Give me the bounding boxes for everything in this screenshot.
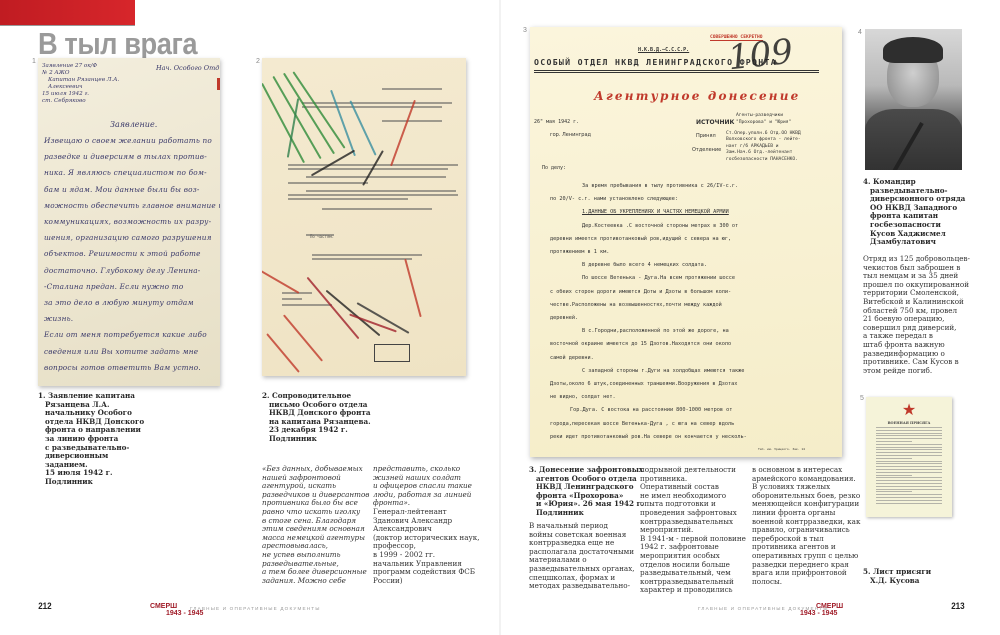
received-line: Ст.Опер.уполн.6 Отд.ОО НКВД bbox=[726, 131, 801, 136]
report-line: протяжением в 1 км. bbox=[550, 249, 609, 255]
handwritten-line: за это дело в любую минуту отдам bbox=[44, 298, 194, 307]
typed-line bbox=[302, 106, 442, 108]
sidebar-line: этом рейде погиб. bbox=[863, 367, 970, 376]
oath-text-line bbox=[876, 458, 912, 459]
figure-number-3: 3 bbox=[523, 27, 527, 34]
typed-line bbox=[282, 304, 332, 306]
typed-line bbox=[312, 254, 422, 256]
hair bbox=[883, 37, 943, 63]
article-line: характер и проводились bbox=[640, 586, 746, 595]
oath-text-line bbox=[876, 449, 942, 450]
handwritten-line: жизнь. bbox=[44, 314, 73, 323]
header-line: Алексеевич bbox=[48, 84, 83, 90]
pen-stroke bbox=[283, 314, 323, 361]
handwritten-line: Извещаю о своем желании работать по bbox=[44, 136, 212, 145]
pen-stroke bbox=[307, 277, 360, 340]
source-line: Агенты-разведчики bbox=[736, 113, 783, 118]
oath-text-line bbox=[876, 469, 942, 470]
oath-text-line bbox=[876, 500, 942, 501]
document-addressee: Нач. Особого Отд. bbox=[156, 64, 220, 72]
figure-number-1: 1 bbox=[32, 58, 36, 65]
caption-line: Подлинник bbox=[262, 435, 371, 444]
caption-line: Подлинник bbox=[38, 478, 144, 487]
quote-column-2: представить, сколькожизней наших солдати… bbox=[373, 465, 479, 585]
footer-brand-right: СМЕРШ 1943 - 1945 bbox=[800, 603, 843, 617]
oath-text-line bbox=[876, 430, 942, 431]
oath-text-line bbox=[876, 494, 942, 495]
oath-text-line bbox=[876, 486, 942, 487]
handwritten-line: ника. Я являюсь специалистом по бом- bbox=[44, 168, 207, 177]
handwritten-registration-number: 109 bbox=[726, 32, 795, 79]
cover-letter-document: По частям. bbox=[262, 58, 466, 376]
article-line: полосы. bbox=[752, 578, 860, 587]
case-label: По делу: bbox=[542, 165, 566, 171]
report-line: не видно, солдат нет. bbox=[550, 394, 616, 400]
quote-line: России) bbox=[373, 577, 479, 586]
source-line: "Прохорова" и "Юрия" bbox=[736, 120, 791, 125]
report-line: с обеих сторон дороги имеются Доты и Дзо… bbox=[550, 289, 731, 295]
typed-line bbox=[282, 298, 302, 300]
pen-stroke bbox=[390, 100, 416, 166]
oath-text-line bbox=[876, 438, 942, 439]
oath-text-line bbox=[876, 444, 942, 445]
source-label: ИСТОЧНИК bbox=[696, 119, 734, 126]
org-header-top: Н.К.В.Д.—С.С.С.Р. bbox=[638, 47, 689, 53]
brand-years: 1943 - 1945 bbox=[800, 610, 843, 617]
quote-column-1: «Без данных, добываемыхнашей зафронтовой… bbox=[262, 465, 370, 585]
report-line: деревни имеется противотанковый ров,идущ… bbox=[550, 236, 731, 242]
agent-report-document: СОВЕРШЕННО СЕКРЕТНО Н.К.В.Д.—С.С.С.Р. ОС… bbox=[530, 27, 842, 457]
oath-text-line bbox=[876, 433, 942, 434]
typed-line bbox=[382, 120, 442, 122]
oath-text-line bbox=[876, 441, 912, 442]
report-line: города,пересекая шоссе Ветенька-Дуга , с… bbox=[550, 421, 734, 427]
quote-line: задания. Можно себе bbox=[262, 577, 370, 586]
commander-portrait-photo bbox=[865, 29, 962, 170]
oath-text-line bbox=[876, 435, 942, 436]
section-title: В тыл врага bbox=[38, 26, 197, 62]
section-color-bar bbox=[0, 0, 135, 25]
handwritten-line: бам и ядам. Мои данные были бы воз- bbox=[44, 185, 200, 194]
handwritten-line: коммуникациях, возможность их разру- bbox=[44, 217, 211, 226]
page-number-left: 212 bbox=[38, 601, 51, 612]
handwritten-line: сведения или Вы хотите задать мне bbox=[44, 347, 198, 356]
handwritten-line: объектов. Решимости к этой работе bbox=[44, 249, 201, 258]
article-column-1: В начальный периодвойны советская военна… bbox=[529, 522, 635, 591]
pen-stroke bbox=[266, 333, 300, 373]
typed-line bbox=[288, 194, 458, 196]
caption-line: Х.Д. Кусова bbox=[863, 577, 931, 586]
military-oath-document: ★ ВОЕННАЯ ПРИСЯГА bbox=[866, 397, 952, 517]
report-line: В деревне было всего 4 немецких солдата. bbox=[582, 262, 707, 268]
report-line: С западной стороны г.Дуги на холдобщах и… bbox=[582, 368, 744, 374]
brand-name: СМЕРШ bbox=[800, 603, 843, 610]
report-line: восточной окраине имеется до 15 Дзотов.Н… bbox=[550, 341, 731, 347]
report-title: Агентурное донесение bbox=[594, 89, 801, 103]
header-line: № 2 АЖО bbox=[42, 70, 70, 76]
report-line: В с.Городни,расположенной по этой же дор… bbox=[582, 328, 729, 334]
typed-line bbox=[302, 102, 452, 104]
handwritten-application-document: Заявление 27 ок/Ф№ 2 АЖОКапитан Рязанцев… bbox=[38, 58, 220, 386]
figure-number-5: 5 bbox=[860, 395, 864, 402]
pen-stroke bbox=[349, 100, 376, 155]
caption-figure-5: 5. Лист присягиХ.Д. Кусова bbox=[863, 568, 931, 585]
oath-text-line bbox=[876, 475, 912, 476]
oath-text-line bbox=[876, 483, 942, 484]
oath-title: ВОЕННАЯ ПРИСЯГА bbox=[866, 421, 952, 425]
typed-line bbox=[312, 258, 412, 260]
oath-text-line bbox=[876, 480, 942, 481]
oath-text-line bbox=[876, 455, 942, 456]
report-line: деревней. bbox=[550, 315, 578, 321]
oath-text-line bbox=[876, 477, 942, 478]
caption-figure-1: 1. Заявление капитанаРязанцева Л.А.начал… bbox=[38, 392, 144, 487]
stamp-box bbox=[374, 344, 410, 362]
oath-text-line bbox=[876, 466, 942, 467]
figure-number-2: 2 bbox=[256, 58, 260, 65]
handwritten-line: достаточно. Глубокому делу Ленина- bbox=[44, 266, 200, 275]
oath-text-line bbox=[876, 489, 942, 490]
handwritten-line: можность обеспечить главное внимание на bbox=[44, 201, 220, 210]
caption-figure-3: 3. Донесение зафронтовыхагентов Особого … bbox=[529, 466, 643, 518]
typed-line bbox=[288, 198, 408, 200]
page-number-right: 213 bbox=[951, 601, 964, 612]
oath-text-line bbox=[876, 452, 942, 453]
sidebar-text: Отряд из 125 добровольцев-чекистов был з… bbox=[863, 255, 970, 375]
book-gutter bbox=[499, 0, 501, 635]
paper-tab bbox=[217, 78, 220, 90]
report-line: по 20/V- с.г. нами установлено следующее… bbox=[550, 196, 678, 202]
report-line: За время пребывания в тылу противника с … bbox=[582, 183, 738, 189]
oath-text-line bbox=[876, 463, 942, 464]
typed-line bbox=[322, 208, 432, 210]
brand-years: 1943 - 1945 bbox=[150, 610, 203, 617]
brand-name: СМЕРШ bbox=[150, 603, 177, 610]
typed-fragment: По частям. bbox=[310, 234, 334, 239]
report-line: самой деревни. bbox=[550, 355, 594, 361]
handwritten-line: -Сталина предан. Если нужно то bbox=[44, 282, 184, 291]
department-label: Отделение bbox=[692, 147, 721, 153]
typed-line bbox=[382, 88, 442, 90]
document-title: Заявление. bbox=[110, 120, 157, 129]
report-line: Гор.Дуга. С востока на расстоянии 800-10… bbox=[570, 407, 732, 413]
report-line: 1.ДАННЫЕ ОБ УКРЕПЛЕНИЯХ И ЧАСТЯХ НЕМЕЦКО… bbox=[582, 209, 729, 215]
report-line: Дзоты,около 6 штук,соединенных траншеями… bbox=[550, 381, 737, 387]
oath-text-line bbox=[876, 461, 942, 462]
article-column-2: подрывной деятельностипротивника.Операти… bbox=[640, 466, 746, 595]
received-line: госбезопасности ПАНАСЕНКО. bbox=[726, 157, 798, 162]
received-line: нант г/б АРКАДЬЕВ и bbox=[726, 144, 779, 149]
handwritten-line: шения, организацию самого разрушения bbox=[44, 233, 212, 242]
header-line: 15 июля 1942 г. bbox=[42, 91, 89, 97]
caption-line: Подлинник bbox=[529, 509, 643, 518]
pen-stroke bbox=[404, 259, 421, 317]
handwritten-line: разведке и диверсиям в тылах против- bbox=[44, 152, 207, 161]
red-star-icon: ★ bbox=[901, 402, 917, 418]
report-line: Дер.Костеевка .С восточной стороны метра… bbox=[582, 223, 738, 229]
typed-line bbox=[306, 176, 446, 178]
caption-figure-4: 4. Командирразведывательно-диверсионного… bbox=[863, 178, 965, 247]
header-line: Заявление 27 ок/Ф bbox=[42, 63, 97, 69]
report-line: реки идет противотанковый ров.На севере … bbox=[550, 434, 747, 440]
header-line: Капитан Рязанцев Л.А. bbox=[48, 77, 119, 83]
article-column-3: в основном в интересахармейского командо… bbox=[752, 466, 860, 586]
typed-line bbox=[288, 182, 368, 184]
oath-text-line bbox=[876, 447, 942, 448]
report-line: По шоссе Ветенька - Дуга.На всем протяже… bbox=[582, 275, 735, 281]
print-footnote: Тип. им. Урицкого. Зак. 14 bbox=[758, 447, 805, 451]
oath-text-line bbox=[876, 491, 912, 492]
caption-figure-2: 2. Сопроводительноеписьмо Особого отдела… bbox=[262, 392, 371, 444]
oath-text-line bbox=[876, 427, 942, 428]
figure-number-4: 4 bbox=[858, 29, 862, 36]
handwritten-line: Если от меня потребуется какие либо bbox=[44, 330, 207, 339]
caption-line: Дзамбулатович bbox=[863, 238, 965, 247]
report-date: 26" мая 1942 г. bbox=[534, 119, 579, 125]
header-line: ст. Себряково bbox=[42, 98, 86, 104]
oath-text-line bbox=[876, 472, 942, 473]
oath-text-line bbox=[876, 497, 942, 498]
received-label: Принял bbox=[696, 133, 716, 139]
received-line: Зам.Нач.6 Отд.-лейтенант bbox=[726, 150, 792, 155]
typed-line bbox=[288, 168, 448, 170]
received-line: Волховского фронта - лейте- bbox=[726, 137, 801, 142]
report-line: честве.Расположены на возвышенностях,поч… bbox=[550, 302, 722, 308]
typed-line bbox=[306, 190, 456, 192]
report-city: гор. Ленинград bbox=[550, 132, 591, 138]
footer-tagline-left: ГЛАВНЫЕ И ОПЕРАТИВНЫЕ ДОКУМЕНТЫ bbox=[190, 606, 321, 611]
handwritten-line: вопросы готов ответить Вам устно. bbox=[44, 363, 201, 372]
oath-text-line bbox=[876, 503, 942, 504]
article-line: методах разведывательно- bbox=[529, 582, 635, 591]
pen-stroke bbox=[262, 262, 299, 294]
